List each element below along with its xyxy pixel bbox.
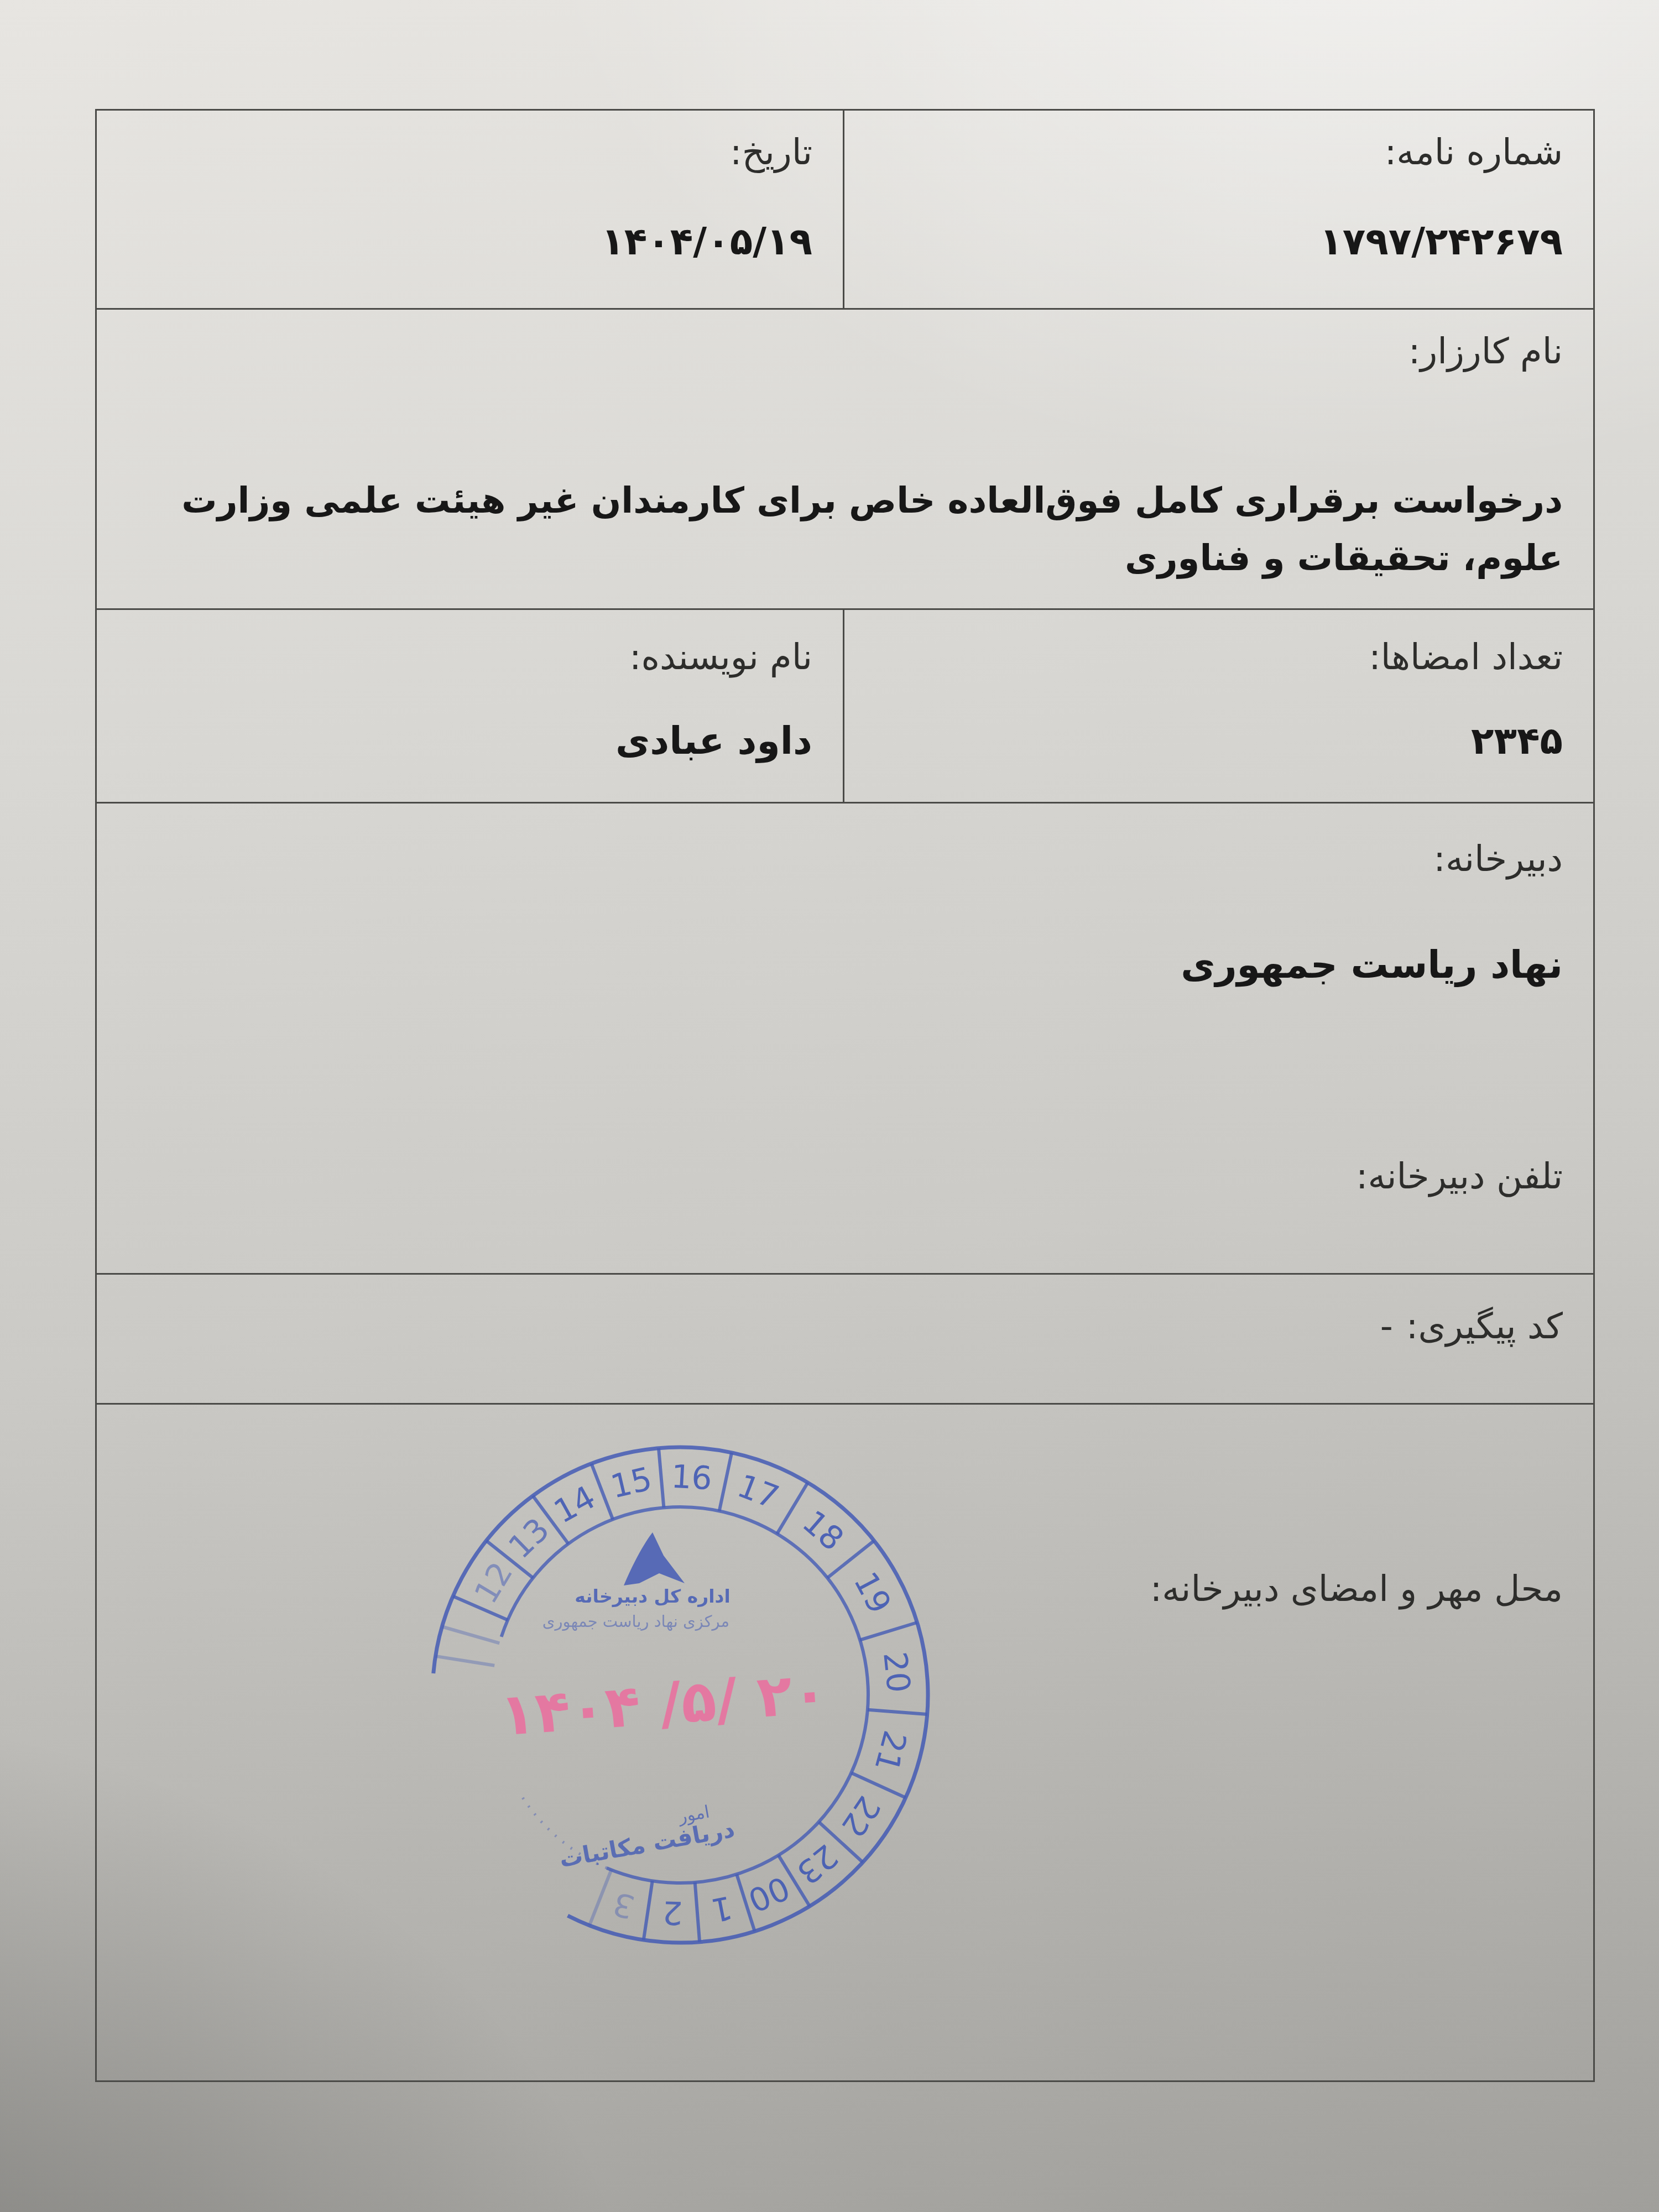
row-campaign-name: نام کارزار: درخواست برقراری کامل فوق‌الع… bbox=[97, 310, 1593, 610]
svg-text:14: 14 bbox=[547, 1478, 602, 1531]
stamp-org-line1: اداره کل دبیرخانه bbox=[459, 1585, 846, 1607]
row-secretariat: دبیرخانه: نهاد ریاست جمهوری تلفن دبیرخان… bbox=[97, 804, 1593, 1275]
tracking-code-label: کد پیگیری: bbox=[1406, 1301, 1563, 1352]
svg-text:3: 3 bbox=[609, 1885, 638, 1926]
author-value: داود عبادی bbox=[127, 716, 812, 767]
svg-text:23: 23 bbox=[790, 1837, 845, 1892]
signature-count-value: ۲۳۴۵ bbox=[875, 716, 1563, 767]
row-letter-number-date: شماره نامه: ۱۷۹۷/۲۴۲۶۷۹ تاریخ: ۱۴۰۴/۰۵/۱… bbox=[97, 111, 1593, 310]
svg-text:19: 19 bbox=[847, 1566, 899, 1619]
row-author-signatures: تعداد امضاها: ۲۳۴۵ نام نویسنده: داود عبا… bbox=[97, 610, 1593, 804]
svg-text:20: 20 bbox=[876, 1650, 917, 1695]
svg-text:00: 00 bbox=[743, 1869, 795, 1919]
tracking-code-value: - bbox=[1380, 1301, 1393, 1352]
letter-number-label: شماره نامه: bbox=[875, 127, 1563, 178]
secretariat-received-stamp: 12131415161718192021222300123 اداره کل د… bbox=[376, 1391, 984, 1999]
date-cell: تاریخ: ۱۴۰۴/۰۵/۱۹ bbox=[97, 111, 843, 308]
letter-number-value: ۱۷۹۷/۲۴۲۶۷۹ bbox=[875, 217, 1563, 268]
secretariat-label: دبیرخانه: bbox=[127, 834, 1563, 885]
author-cell: نام نویسنده: داود عبادی bbox=[97, 610, 843, 802]
organization-logo-icon bbox=[624, 1532, 685, 1585]
svg-text:16: 16 bbox=[670, 1458, 713, 1498]
campaign-label: نام کارزار: bbox=[127, 326, 1563, 377]
date-value: ۱۴۰۴/۰۵/۱۹ bbox=[127, 217, 812, 268]
date-label: تاریخ: bbox=[127, 127, 812, 178]
secretariat-value: نهاد ریاست جمهوری bbox=[127, 940, 1563, 991]
svg-text:1: 1 bbox=[708, 1888, 735, 1929]
signature-count-cell: تعداد امضاها: ۲۳۴۵ bbox=[843, 610, 1593, 802]
svg-text:15: 15 bbox=[607, 1460, 655, 1506]
signature-count-label: تعداد امضاها: bbox=[875, 632, 1563, 683]
svg-text:21: 21 bbox=[867, 1727, 914, 1776]
svg-text:2: 2 bbox=[662, 1893, 684, 1932]
campaign-value: درخواست برقراری کامل فوق‌العاده خاص برای… bbox=[131, 472, 1563, 587]
secretariat-phone-label: تلفن دبیرخانه: bbox=[127, 1151, 1563, 1202]
svg-text:17: 17 bbox=[733, 1467, 784, 1516]
row-tracking-code: کد پیگیری: - bbox=[97, 1275, 1593, 1405]
svg-text:18: 18 bbox=[795, 1503, 851, 1558]
stamp-org-line2: مرکزی نهاد ریاست جمهوری bbox=[442, 1612, 830, 1631]
scanned-letter-page: شماره نامه: ۱۷۹۷/۲۴۲۶۷۹ تاریخ: ۱۴۰۴/۰۵/۱… bbox=[0, 0, 1659, 2212]
author-label: نام نویسنده: bbox=[127, 632, 812, 683]
letter-number-cell: شماره نامه: ۱۷۹۷/۲۴۲۶۷۹ bbox=[843, 111, 1593, 308]
